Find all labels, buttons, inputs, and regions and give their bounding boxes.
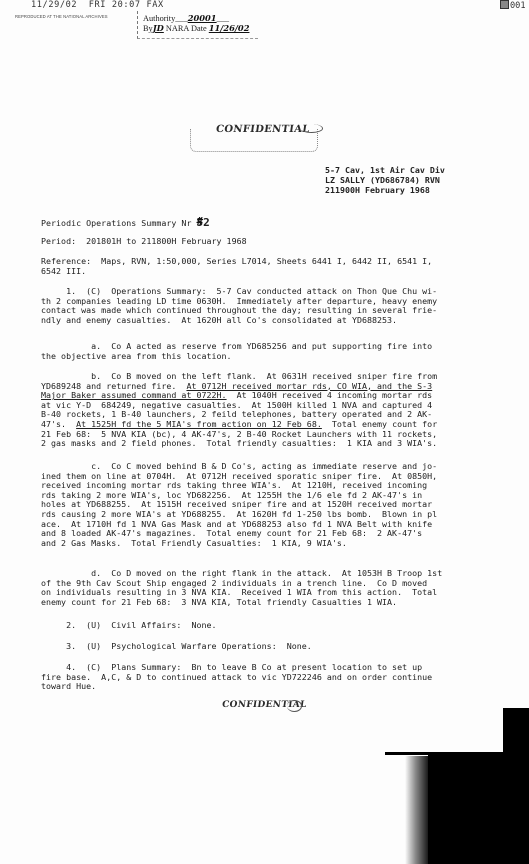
text-segment: b. Co B moved on the left flank. At 0631… (41, 371, 437, 381)
nara-date-value: 11/26/02 (209, 23, 250, 33)
text-line: rds taking 2 more WIA's, loc YD682256. A… (41, 490, 422, 500)
text-line: 21 Feb 68: 5 NVA KIA (bc), 4 AK-47's, 2 … (41, 429, 437, 439)
text-line: ined them on line at 0704H. At 0712H rec… (41, 471, 437, 481)
underlined-text-segment: Major Baker assumed command at 0722H. (41, 390, 227, 400)
text-line: enemy count for 21 Feb 68: 3 NVA KIA, To… (41, 597, 397, 607)
reference-line1: Reference: Maps, RVN, 1:50,000, Series L… (41, 256, 432, 266)
text-segment: B-40 rockets, 1 B-40 launchers, 2 feild … (41, 409, 432, 419)
fax-page-value: 001 (510, 1, 526, 11)
reference-line2: 6542 III. (41, 266, 86, 276)
classification-stamp-top: CONFIDENTIAL (215, 124, 310, 135)
text-line: rds causing 2 more WIA's at YD688255. At… (41, 509, 437, 519)
period-line: Period: 201801H to 211800H February 1968 (41, 236, 247, 246)
text-segment: 47's. (41, 419, 76, 429)
authority-label: Authority (143, 14, 175, 23)
text-line: b. Co B moved on the left flank. At 0631… (41, 371, 437, 381)
text-line: a. Co A acted as reserve from YD685256 a… (41, 341, 432, 351)
text-segment: 2 gas masks and 2 field phones. Total fr… (41, 438, 437, 448)
text-line: c. Co C moved behind B & D Co's, acting … (41, 461, 437, 471)
text-line: on individuals resulting in 3 NVA KIA. R… (41, 587, 437, 597)
by-label: By (143, 24, 153, 33)
text-line: fire base. A,C, & D to continued attack … (41, 672, 432, 682)
unit-header-line1: 5-7 Cav, 1st Air Cav Div (325, 165, 445, 175)
archive-notice: REPRODUCED AT THE NATIONAL ARCHIVES (15, 14, 108, 19)
text-line: at vic Y-D 684249, negative casualties. … (41, 400, 432, 410)
text-segment: 21 Feb 68: 5 NVA KIA (bc), 4 AK-47's, 2 … (41, 429, 437, 439)
document-title: Periodic Operations Summary Nr 52 (41, 216, 210, 229)
text-line: holes at YD688255. At 1515H received sni… (41, 499, 432, 509)
declassification-stamp: Authority___20001___ ByJD NARA Date 11/2… (137, 11, 258, 39)
text-segment: YD689248 and returned fire. (41, 381, 186, 391)
text-line: and 2 Gas Masks. Total Friendly Casualti… (41, 538, 347, 548)
stamp-flourish-icon (287, 700, 302, 712)
paragraph-3-psyops: 3. (U) Psychological Warfare Operations:… (41, 641, 312, 651)
text-line: B-40 rockets, 1 B-40 launchers, 2 feild … (41, 409, 432, 419)
text-line: ace. At 1710H fd 1 NVA Gas Mask and at Y… (41, 519, 432, 529)
fax-page-number: 001 (500, 0, 526, 11)
fax-header-datetime: 11/29/02 FRI 20:07 FAX (31, 0, 164, 10)
scan-artifact-dark-region (503, 708, 529, 752)
paragraph-2-civil-affairs: 2. (U) Civil Affairs: None. (41, 620, 217, 630)
text-line: 47's. At 1525H fd the 5 MIA's from actio… (41, 419, 437, 429)
text-line: 4. (C) Plans Summary: Bn to leave B Co a… (41, 662, 422, 672)
nara-date-label: NARA Date (166, 24, 207, 33)
text-line: 2 gas masks and 2 field phones. Total fr… (41, 438, 437, 448)
stamp-flourish-icon (300, 124, 323, 133)
text-line: ndly and enemy casualties. At 1620H all … (41, 315, 397, 325)
unit-header-line3: 211900H February 1968 (325, 185, 430, 195)
by-initials: JD (153, 23, 164, 33)
text-line: d. Co D moved on the right flank in the … (41, 568, 442, 578)
text-line: contact was made which continued through… (41, 305, 437, 315)
text-line: 1. (C) Operations Summary: 5-7 Cav condu… (41, 286, 437, 296)
text-line: received incoming mortar rds taking thre… (41, 480, 427, 490)
underlined-text-segment: At 1525H fd the 5 MIA's from action on 1… (76, 419, 322, 429)
authority-line: Authority___20001___ (143, 13, 229, 23)
fax-page-icon (500, 0, 509, 9)
text-line: th 2 companies leading LD time 0630H. Im… (41, 296, 437, 306)
nara-line: ByJD NARA Date 11/26/02 (143, 23, 249, 33)
scan-artifact-dark-region (428, 752, 529, 864)
title-prefix: Periodic Operations Summary Nr (41, 218, 191, 228)
text-segment: at vic Y-D 684249, negative casualties. … (41, 400, 432, 410)
text-line: and 8 loaded AK-47's magazines. Total en… (41, 528, 422, 538)
text-line: Major Baker assumed command at 0722H. At… (41, 390, 432, 400)
text-line: toward Hue. (41, 681, 96, 691)
scan-artifact-gradient (405, 756, 431, 864)
authority-value: 20001 (188, 13, 217, 23)
title-number: 52 (196, 216, 209, 229)
text-line: YD689248 and returned fire. At 0712H rec… (41, 381, 432, 391)
underlined-text-segment: At 0712H received mortar rds, CO WIA, an… (186, 381, 432, 391)
text-line: the objective area from this location. (41, 351, 232, 361)
text-line: of the 9th Cav Scout Ship engaged 2 indi… (41, 578, 427, 588)
text-segment: Total enemy count for (322, 419, 437, 429)
text-segment: At 1040H received 4 incoming mortar rds (227, 390, 433, 400)
unit-header-line2: LZ SALLY (YD686784) RVN (325, 175, 440, 185)
